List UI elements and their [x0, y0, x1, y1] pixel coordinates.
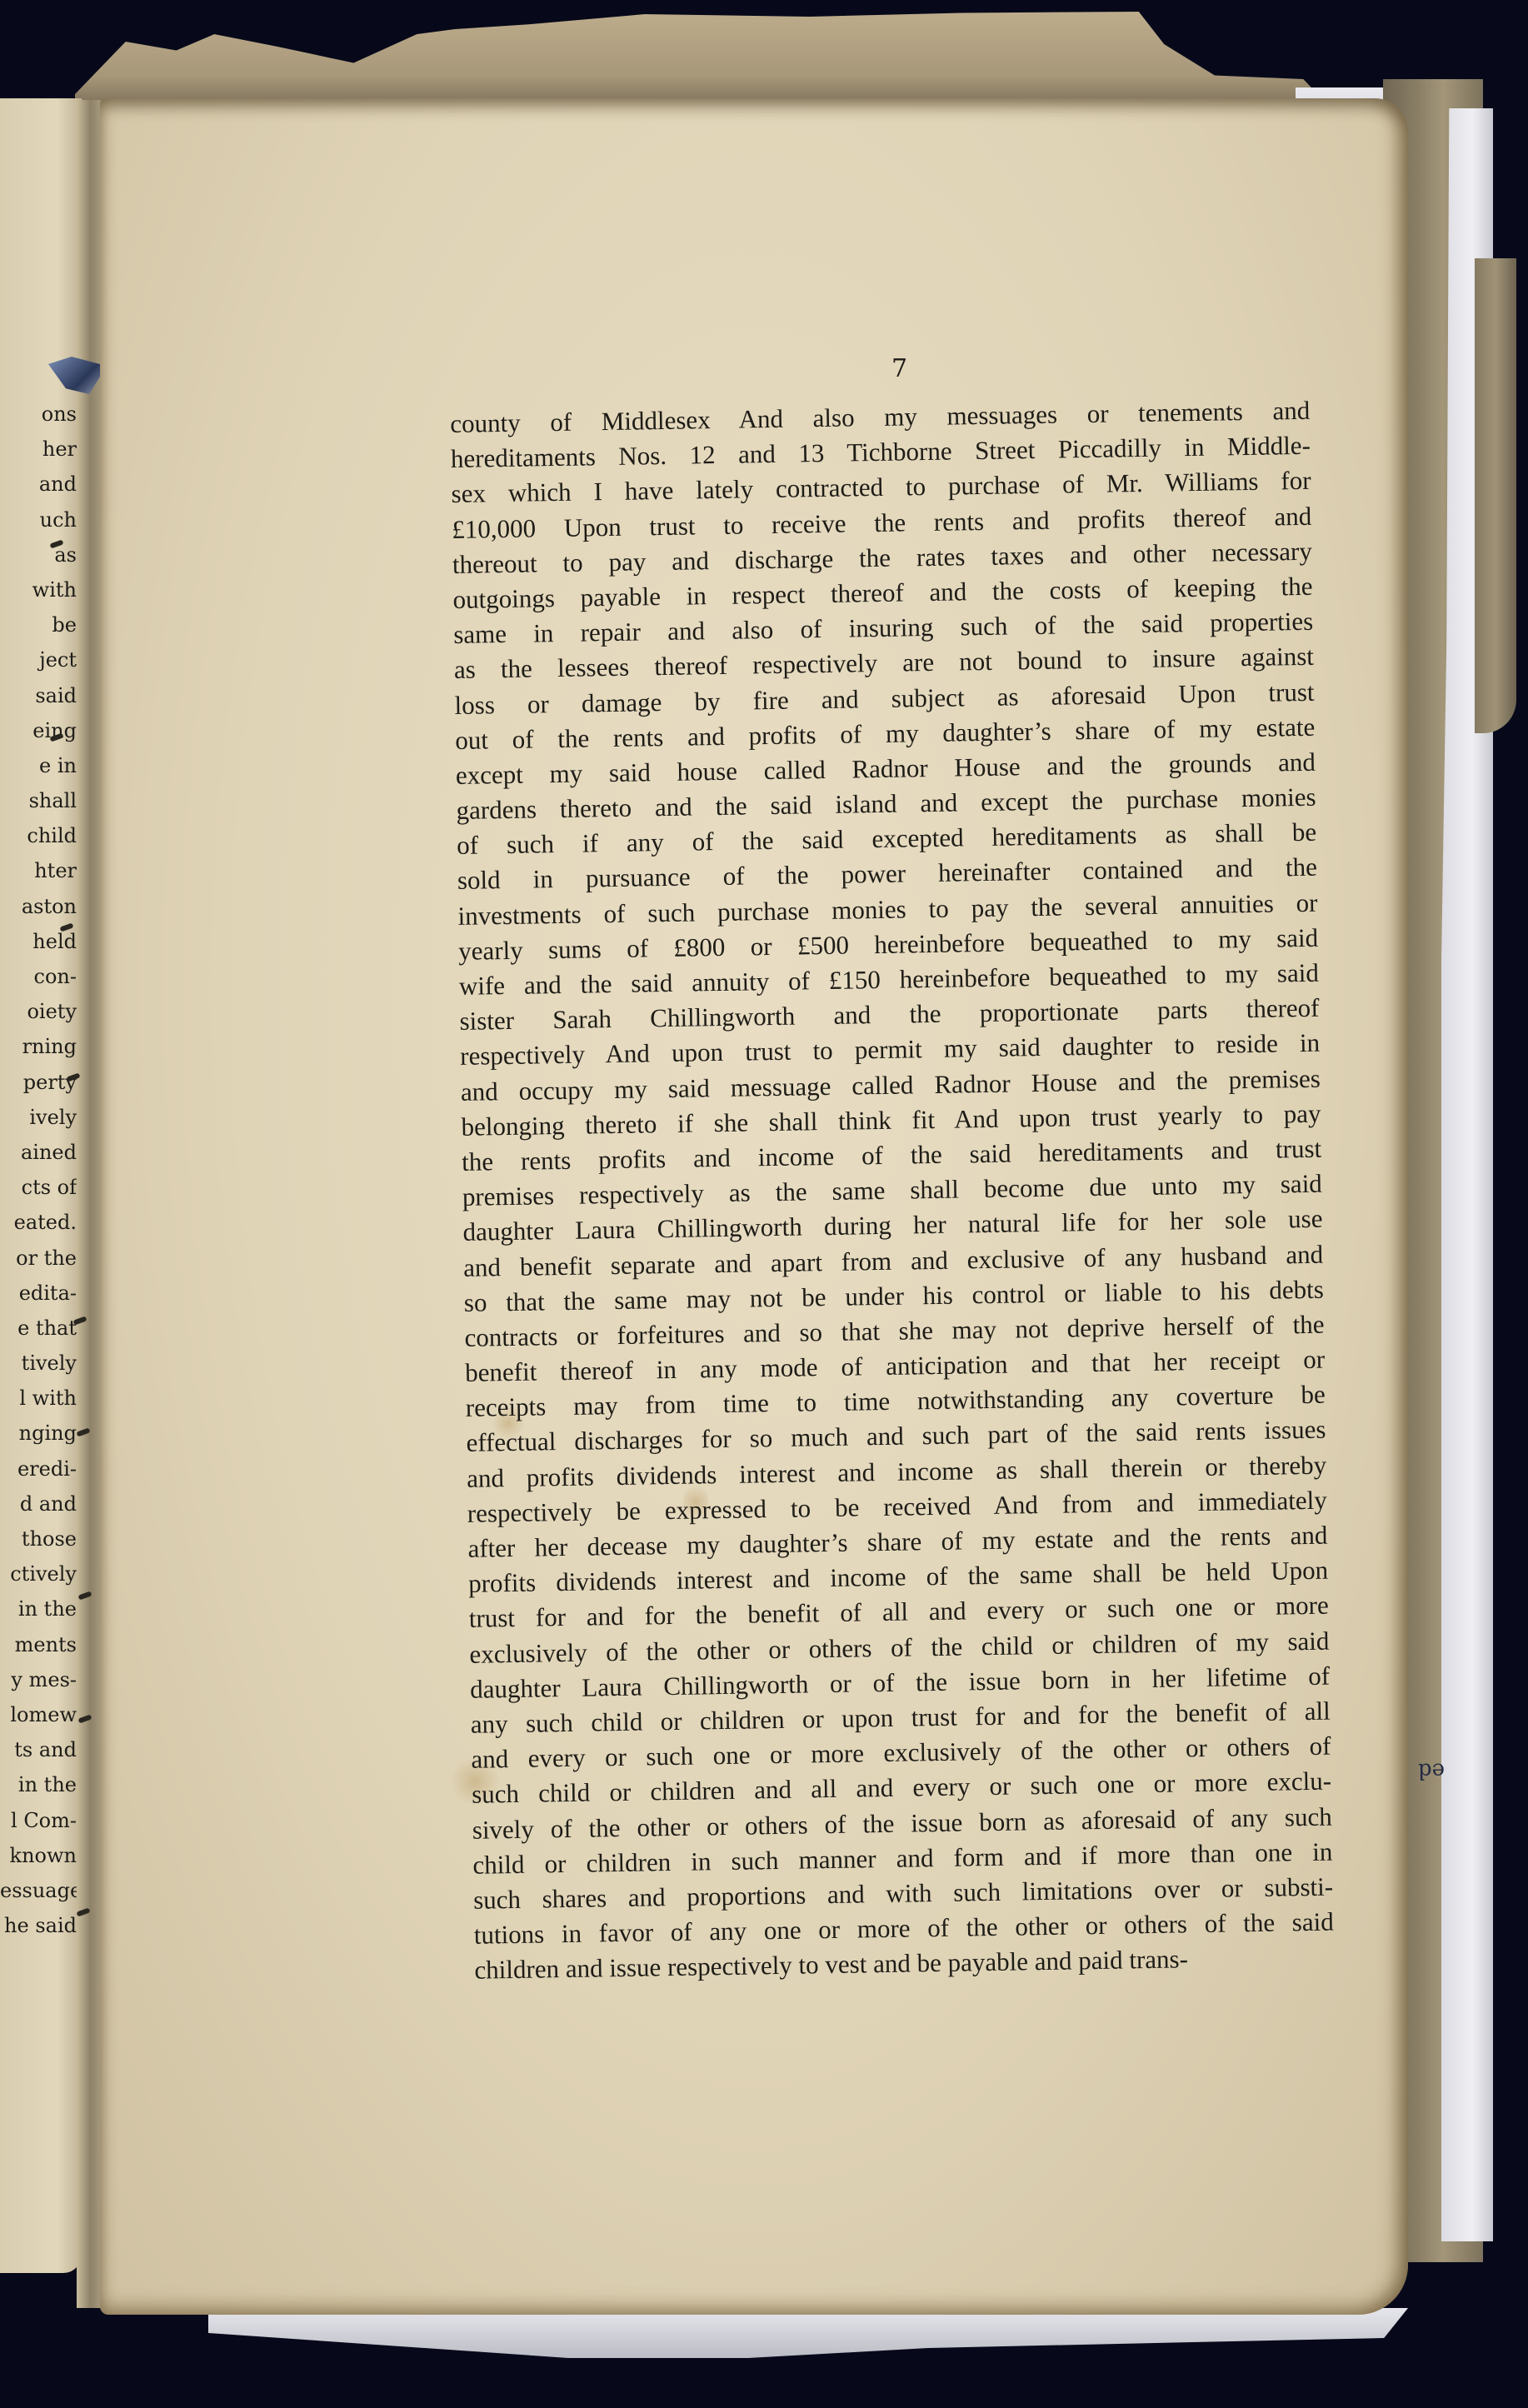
left-page-line: shall: [0, 783, 77, 818]
left-page-line: ject: [0, 642, 77, 677]
left-page-line: in the: [0, 1591, 77, 1626]
page-number: 7: [891, 354, 907, 383]
left-page-line: ctively: [0, 1556, 77, 1591]
left-page-line: con-: [0, 959, 77, 994]
left-page-line: nging: [0, 1416, 77, 1451]
left-page-line: eated.: [0, 1205, 77, 1240]
left-page-line: as: [0, 537, 77, 572]
right-flap: [1475, 258, 1516, 733]
left-page-line: l with: [0, 1381, 77, 1416]
left-page-line: uch: [0, 502, 77, 537]
left-page-line: he said: [0, 1908, 77, 1943]
left-page-line: l Com-: [0, 1803, 77, 1838]
left-page-line: with: [0, 572, 77, 607]
left-page-line: in the: [0, 1767, 77, 1802]
left-page-line: lomew: [0, 1697, 77, 1732]
left-page-line: edita-: [0, 1276, 77, 1311]
left-page-line: y mes-: [0, 1662, 77, 1697]
left-page-line: aston: [0, 889, 77, 924]
left-page-line: cts of: [0, 1170, 77, 1205]
left-page-line: ained: [0, 1135, 77, 1170]
left-page-line: tively: [0, 1346, 77, 1381]
bottom-white-sheets: [208, 2308, 1408, 2358]
left-page-line: and: [0, 467, 77, 502]
left-page-line: essuage: [0, 1873, 77, 1908]
left-page-line: ively: [0, 1100, 77, 1135]
left-page-line: hter: [0, 853, 77, 888]
left-page-line: known: [0, 1838, 77, 1873]
left-page-line: or the: [0, 1241, 77, 1276]
left-page-line: e that: [0, 1311, 77, 1346]
left-page-line: child: [0, 818, 77, 853]
left-page-line: those: [0, 1521, 77, 1556]
left-page-line: oiety: [0, 994, 77, 1029]
left-page-line: eing: [0, 713, 77, 748]
left-page-line: e in: [0, 748, 77, 783]
left-page-line: d and: [0, 1486, 77, 1521]
left-page-line: ons: [0, 397, 77, 432]
left-page-line: rning: [0, 1029, 77, 1064]
left-page-line: eredi-: [0, 1451, 77, 1486]
left-page-line: ments: [0, 1627, 77, 1662]
left-page-line: said: [0, 678, 77, 713]
left-page-text: onsheranduchaswithbejectsaideinge inshal…: [0, 397, 77, 1943]
right-edge-text: ed: [1418, 1758, 1445, 1783]
body-text: county of Middlesex And also my messuage…: [450, 393, 1335, 1988]
left-page-line: ts and: [0, 1732, 77, 1767]
left-page-line: her: [0, 432, 77, 467]
left-page-line: be: [0, 607, 77, 642]
left-page-line: perty: [0, 1065, 77, 1100]
